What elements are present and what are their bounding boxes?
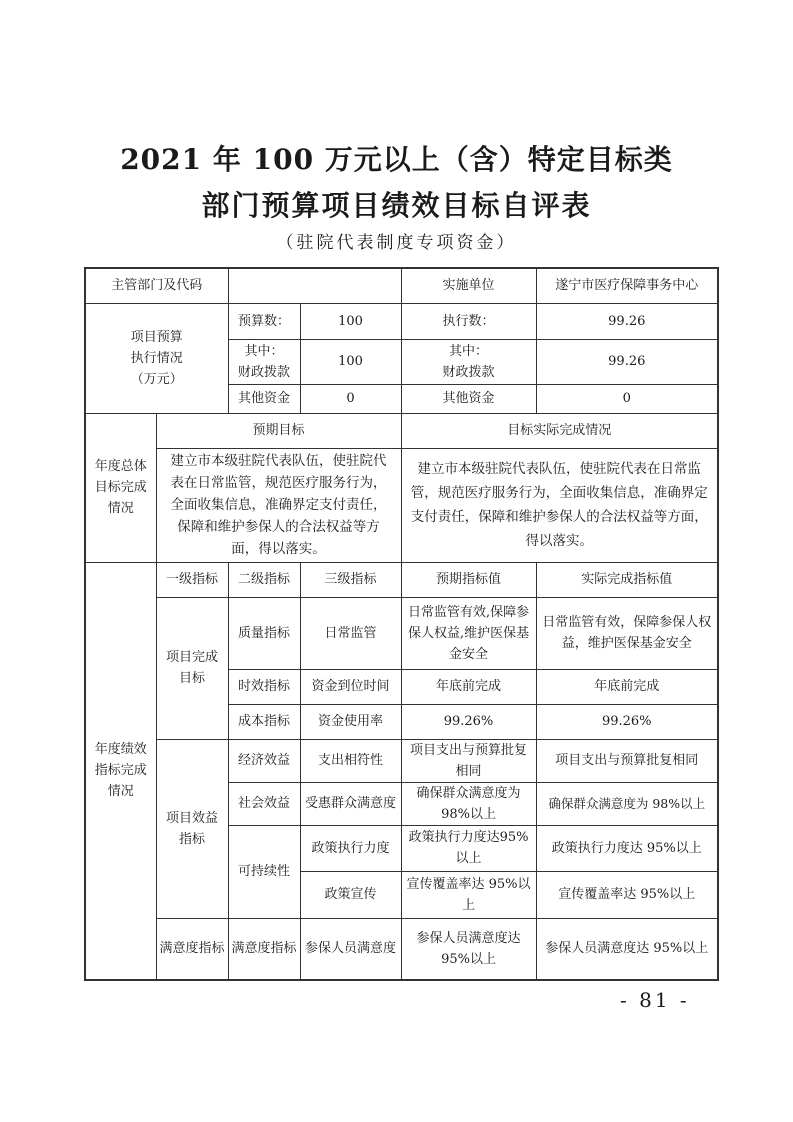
level2-indicator: 经济效益 — [228, 739, 300, 782]
actual-goal-header: 目标实际完成情况 — [401, 413, 718, 448]
table-row: 建立市本级驻院代表队伍，使驻院代表在日常监管，规范医疗服务行为，全面收集信息，准… — [85, 448, 718, 562]
table-row: 项目预算 执行情况 （万元） 预算数： 100 执行数： 99.26 — [85, 303, 718, 339]
actual-goal-text: 建立市本级驻院代表队伍，使驻院代表在日常监管，规范医疗服务行为，全面收集信息，准… — [401, 448, 718, 562]
column-header: 预期指标值 — [401, 562, 536, 597]
fiscal-exec-value: 99.26 — [536, 339, 718, 384]
level3-indicator: 参保人员满意度 — [300, 918, 401, 980]
unit-label: 实施单位 — [401, 268, 536, 303]
expected-value: 宣传覆盖率达 95%以上 — [401, 871, 536, 918]
other-funds-exec-label: 其他资金 — [401, 384, 536, 413]
level3-indicator: 政策宣传 — [300, 871, 401, 918]
expected-value: 参保人员满意度达95%以上 — [401, 918, 536, 980]
other-funds-budget-value: 0 — [300, 384, 401, 413]
actual-value: 宣传覆盖率达 95%以上 — [536, 871, 718, 918]
expected-goal-header: 预期目标 — [156, 413, 401, 448]
expected-goal-text: 建立市本级驻院代表队伍，使驻院代表在日常监管，规范医疗服务行为，全面收集信息，准… — [156, 448, 401, 562]
performance-section-label: 年度绩效 指标完成 情况 — [85, 562, 156, 980]
fiscal-budget-value: 100 — [300, 339, 401, 384]
other-funds-label: 其他资金 — [228, 384, 300, 413]
actual-value: 99.26% — [536, 704, 718, 739]
level2-indicator: 时效指标 — [228, 669, 300, 704]
actual-value: 政策执行力度达 95%以上 — [536, 825, 718, 871]
annual-goal-section-label: 年度总体 目标完成 情况 — [85, 413, 156, 562]
column-header: 实际完成指标值 — [536, 562, 718, 597]
table-row: 年度总体 目标完成 情况 预期目标 目标实际完成情况 — [85, 413, 718, 448]
actual-value: 确保群众满意度为 98%以上 — [536, 782, 718, 825]
level2-indicator: 满意度指标 — [228, 918, 300, 980]
column-header: 一级指标 — [156, 562, 228, 597]
actual-value: 日常监管有效，保障参保人权益，维护医保基金安全 — [536, 597, 718, 669]
page-number: - 81 - — [620, 988, 690, 1012]
unit-value: 遂宁市医疗保障事务中心 — [536, 268, 718, 303]
dept-label: 主管部门及代码 — [85, 268, 228, 303]
actual-value: 参保人员满意度达 95%以上 — [536, 918, 718, 980]
expected-value: 政策执行力度达95%以上 — [401, 825, 536, 871]
table-row: 主管部门及代码 实施单位 遂宁市医疗保障事务中心 — [85, 268, 718, 303]
document-title-line2: 部门预算项目绩效目标自评表 — [0, 188, 793, 224]
expected-value: 日常监管有效,保障参保人权益,维护医保基金安全 — [401, 597, 536, 669]
level2-indicator: 社会效益 — [228, 782, 300, 825]
budget-section-label: 项目预算 执行情况 （万元） — [85, 303, 228, 413]
expected-value: 年底前完成 — [401, 669, 536, 704]
level3-indicator: 受惠群众满意度 — [300, 782, 401, 825]
budget-label: 预算数： — [228, 303, 300, 339]
table-row: 满意度指标 满意度指标 参保人员满意度 参保人员满意度达95%以上 参保人员满意… — [85, 918, 718, 980]
execution-label: 执行数： — [401, 303, 536, 339]
expected-value: 项目支出与预算批复相同 — [401, 739, 536, 782]
column-header: 二级指标 — [228, 562, 300, 597]
level1-indicator: 项目完成 目标 — [156, 597, 228, 739]
level1-indicator: 项目效益 指标 — [156, 739, 228, 918]
level1-indicator: 满意度指标 — [156, 918, 228, 980]
budget-value: 100 — [300, 303, 401, 339]
fiscal-label: 其中： 财政拨款 — [228, 339, 300, 384]
table-row: 项目效益 指标 经济效益 支出相符性 项目支出与预算批复相同 项目支出与预算批复… — [85, 739, 718, 782]
document-subtitle: （驻院代表制度专项资金） — [0, 230, 793, 256]
level3-indicator: 政策执行力度 — [300, 825, 401, 871]
dept-value — [228, 268, 401, 303]
level3-indicator: 资金到位时间 — [300, 669, 401, 704]
document-title-line1: 2021 年 100 万元以上（含）特定目标类 — [0, 142, 793, 178]
actual-value: 年底前完成 — [536, 669, 718, 704]
column-header: 三级指标 — [300, 562, 401, 597]
other-funds-exec-value: 0 — [536, 384, 718, 413]
level3-indicator: 支出相符性 — [300, 739, 401, 782]
level2-indicator: 质量指标 — [228, 597, 300, 669]
fiscal-exec-label: 其中： 财政拨款 — [401, 339, 536, 384]
expected-value: 确保群众满意度为98%以上 — [401, 782, 536, 825]
level2-indicator: 可持续性 — [228, 825, 300, 918]
level3-indicator: 日常监管 — [300, 597, 401, 669]
level2-indicator: 成本指标 — [228, 704, 300, 739]
execution-value: 99.26 — [536, 303, 718, 339]
level3-indicator: 资金使用率 — [300, 704, 401, 739]
actual-value: 项目支出与预算批复相同 — [536, 739, 718, 782]
expected-value: 99.26% — [401, 704, 536, 739]
table-row: 项目完成 目标 质量指标 日常监管 日常监管有效,保障参保人权益,维护医保基金安… — [85, 597, 718, 669]
self-evaluation-table: 主管部门及代码 实施单位 遂宁市医疗保障事务中心 项目预算 执行情况 （万元） … — [84, 267, 719, 981]
table-row: 年度绩效 指标完成 情况 一级指标 二级指标 三级指标 预期指标值 实际完成指标… — [85, 562, 718, 597]
